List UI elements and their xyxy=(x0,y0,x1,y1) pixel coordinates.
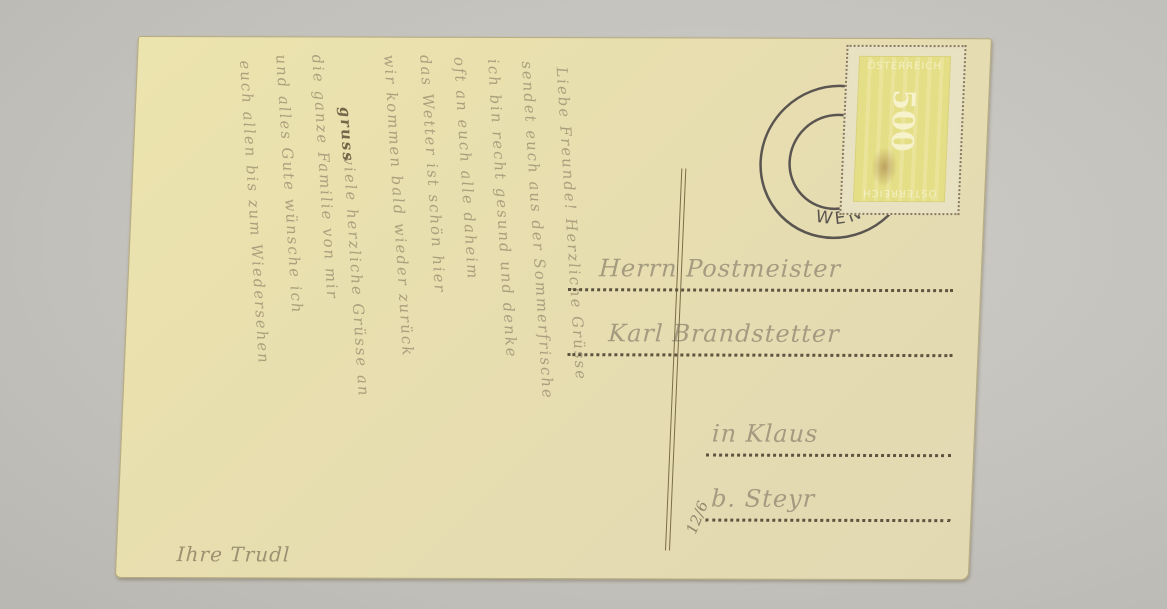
address-text: b. Steyr xyxy=(711,485,816,513)
message-line: euch allen bis zum Wiedersehen xyxy=(236,59,273,365)
address-text: Herrn Postmeister xyxy=(598,254,841,283)
message-line: und alles Gute wünsche ich xyxy=(272,54,306,316)
address-line: Karl Brandstetter xyxy=(567,313,954,357)
message-line: oft an euch alle daheim xyxy=(450,56,482,281)
address-text: Karl Brandstetter xyxy=(608,319,841,348)
signature: Ihre Trudl xyxy=(176,542,291,566)
address-line: b. Steyr xyxy=(705,479,952,523)
message-line: sendet euch aus der Sommerfrische xyxy=(518,60,557,400)
message-line: wir kommen bald wieder zurück xyxy=(380,54,417,358)
address-text: in Klaus xyxy=(711,420,819,448)
message-line: das Wetter ist schön hier xyxy=(416,54,449,295)
message-word-gruss: gruss xyxy=(336,106,357,164)
handwritten-message: Liebe Freunde! Herzliche Grüsse sendet e… xyxy=(136,47,678,568)
address-line: in Klaus xyxy=(706,414,953,458)
address-line: Herrn Postmeister xyxy=(568,248,955,292)
postage-stamp: ÖSTERREICH 500 ÖSTERREICH xyxy=(839,45,966,215)
message-line: ich bin recht gesund und denke xyxy=(484,58,521,359)
stamp-country-bottom: ÖSTERREICH xyxy=(854,187,944,198)
stamp-face: ÖSTERREICH 500 ÖSTERREICH xyxy=(853,56,951,202)
stamp-country-top: ÖSTERREICH xyxy=(859,61,949,72)
postcard: Liebe Freunde! Herzliche Grüsse sendet e… xyxy=(115,36,992,580)
address-block: Herrn Postmeister Karl Brandstetter in K… xyxy=(570,248,960,249)
message-line: die ganze Familie von mir xyxy=(308,54,341,301)
message-line: viele herzliche Grüsse an xyxy=(340,156,373,399)
